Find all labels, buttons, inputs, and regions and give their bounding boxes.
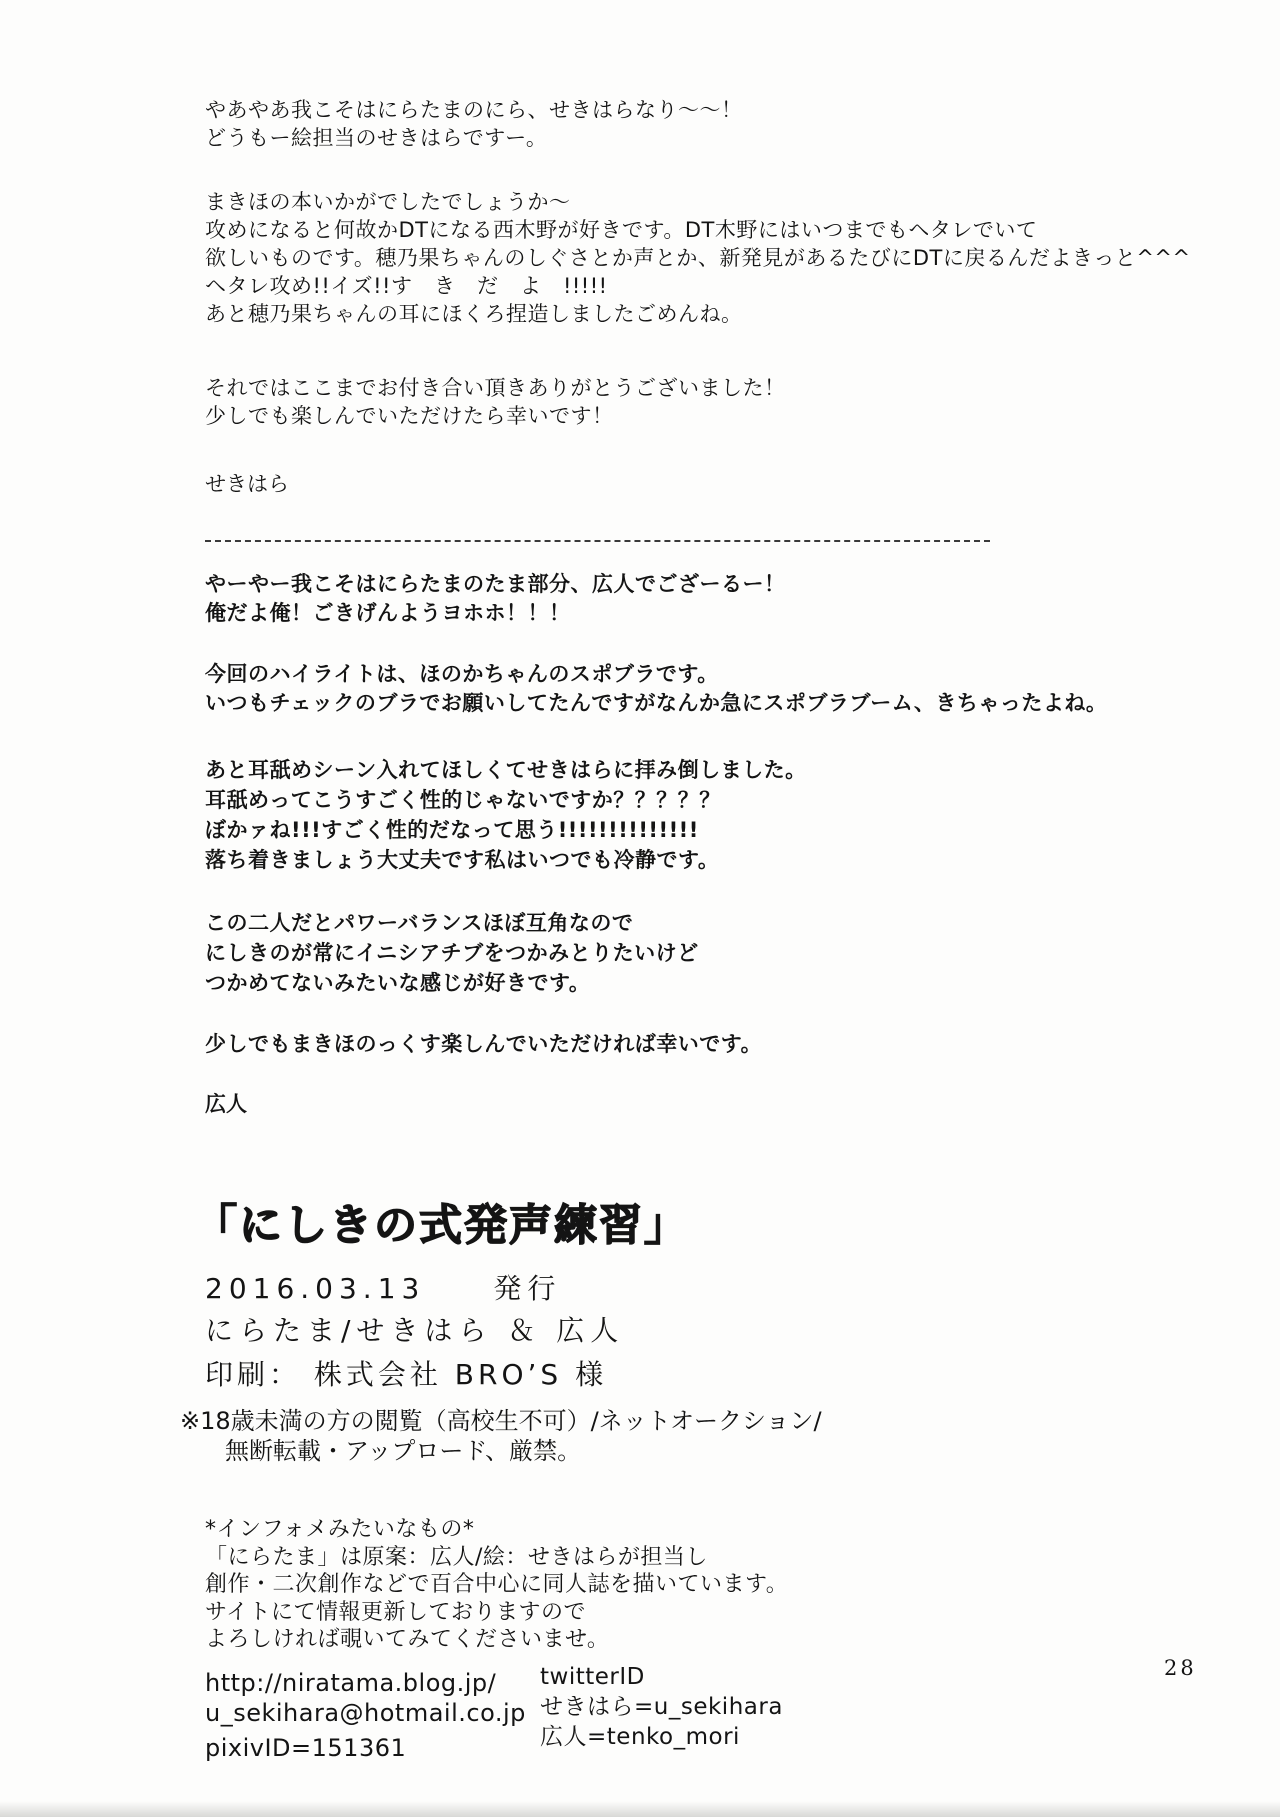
- email-address: u_sekihara@hotmail.co.jp: [205, 1698, 526, 1728]
- text-line: ヘタレ攻め!!イズ!!す き だ よ !!!!!: [205, 272, 1191, 300]
- sekihara-signature: せきはら: [205, 470, 289, 498]
- text-line: 印刷： 株式会社 BRO’S 様: [205, 1358, 607, 1392]
- text-line: まきほの本いかがでしたでしょうか～: [205, 188, 1191, 216]
- text-line: 「にらたま」は原案：広人/絵：せきはらが担当し: [205, 1544, 788, 1572]
- twitter-id-sekihara: せきはら=u_sekihara: [540, 1692, 783, 1722]
- hiroto-body-1: 今回のハイライトは、ほのかちゃんのスポブラです。 いつもチェックのブラでお願いし…: [205, 660, 1107, 718]
- twitter-id-hiroto: 広人=tenko_mori: [540, 1722, 783, 1752]
- contact-left-column: http://niratama.blog.jp/ u_sekihara@hotm…: [205, 1668, 526, 1763]
- text-line: あと穂乃果ちゃんの耳にほくろ捏造しましたごめんね。: [205, 300, 1191, 328]
- text-line: 耳舐めってこうすごく性的じゃないですか？？？？？: [205, 785, 807, 815]
- info-section: *インフォメみたいなもの* 「にらたま」は原案：広人/絵：せきはらが担当し 創作…: [205, 1516, 788, 1654]
- signature-text: せきはら: [205, 470, 289, 498]
- page-number: 28: [1164, 1656, 1197, 1680]
- sekihara-body: まきほの本いかがでしたでしょうか～ 攻めになると何故かDTになる西木野が好きです…: [205, 188, 1191, 328]
- text-line: 欲しいものです。穂乃果ちゃんのしぐさとか声とか、新発見があるたびにDTに戻るんだ…: [205, 244, 1191, 272]
- publish-date: 2016.03.13 発行: [205, 1272, 561, 1306]
- text-line: この二人だとパワーバランスほぼ互角なので: [205, 908, 699, 938]
- hiroto-greeting: やーやー我こそはにらたまのたま部分、広人でござーるー！ 俺だよ俺！ごきげんようヨ…: [205, 570, 786, 628]
- hiroto-body-2: あと耳舐めシーン入れてほしくてせきはらに拝み倒しました。 耳舐めってこうすごく性…: [205, 755, 807, 875]
- text-line: 無断転載・アップロード、厳禁。: [180, 1436, 822, 1466]
- signature-text: 広人: [205, 1090, 247, 1118]
- text-line: 攻めになると何故かDTになる西木野が好きです。DT木野にはいつまでもヘタレでいて: [205, 216, 1191, 244]
- text-line: サイトにて情報更新しておりますので: [205, 1599, 788, 1627]
- text-line: あと耳舐めシーン入れてほしくてせきはらに拝み倒しました。: [205, 755, 807, 785]
- sekihara-greeting: やあやあ我こそはにらたまのにら、せきはらなり～～！ どうもー絵担当のせきはらです…: [205, 96, 743, 152]
- text-line: 2016.03.13 発行: [205, 1272, 561, 1306]
- book-title: 「にしきの式発声練習」: [194, 1192, 689, 1253]
- text-line: それではここまでお付き合い頂きありがとうございました！: [205, 374, 786, 402]
- text-line: 落ち着きましょう大丈夫です私はいつでも冷静です。: [205, 845, 807, 875]
- pixiv-id: pixivID=151361: [205, 1733, 526, 1763]
- age-restriction-warning: ※18歳未満の方の閲覧（高校生不可）/ネットオークション/ 無断転載・アップロー…: [180, 1406, 822, 1466]
- text-line: 俺だよ俺！ごきげんようヨホホ！！！: [205, 599, 786, 628]
- circle-authors: にらたま/せきはら ＆ 広人: [205, 1314, 624, 1348]
- text-line: よろしければ覗いてみてくださいませ。: [205, 1626, 788, 1654]
- section-divider: [205, 540, 990, 542]
- text-line: 少しでも楽しんでいただけたら幸いです！: [205, 402, 786, 430]
- text-line: ぼかァね!!!すごく性的だなって思う!!!!!!!!!!!!!!: [205, 815, 807, 845]
- hiroto-closing: 少しでもまきほのっくす楽しんでいただければ幸いです。: [205, 1030, 762, 1059]
- text-line: 創作・二次創作などで百合中心に同人誌を描いています。: [205, 1571, 788, 1599]
- hiroto-signature: 広人: [205, 1090, 247, 1118]
- scan-edge-artifact: [0, 1801, 1280, 1817]
- sekihara-closing: それではここまでお付き合い頂きありがとうございました！ 少しでも楽しんでいただけ…: [205, 374, 786, 430]
- text-line: やーやー我こそはにらたまのたま部分、広人でござーるー！: [205, 570, 786, 599]
- text-line: 今回のハイライトは、ほのかちゃんのスポブラです。: [205, 660, 1107, 689]
- contact-right-column: twitterID せきはら=u_sekihara 広人=tenko_mori: [540, 1662, 783, 1752]
- scanned-afterword-page: やあやあ我こそはにらたまのにら、せきはらなり～～！ どうもー絵担当のせきはらです…: [0, 0, 1280, 1817]
- printer-credit: 印刷： 株式会社 BRO’S 様: [205, 1358, 607, 1392]
- text-line: いつもチェックのブラでお願いしてたんですがなんか急にスポブラブーム、きちゃったよ…: [205, 689, 1107, 718]
- info-header: *インフォメみたいなもの*: [205, 1516, 788, 1544]
- hiroto-body-3: この二人だとパワーバランスほぼ互角なので にしきのが常にイニシアチブをつかみとり…: [205, 908, 699, 998]
- text-line: にしきのが常にイニシアチブをつかみとりたいけど: [205, 938, 699, 968]
- text-line: 少しでもまきほのっくす楽しんでいただければ幸いです。: [205, 1030, 762, 1059]
- website-url: http://niratama.blog.jp/: [205, 1668, 526, 1698]
- twitter-header: twitterID: [540, 1662, 783, 1692]
- text-line: つかめてないみたいな感じが好きです。: [205, 968, 699, 998]
- text-line: どうもー絵担当のせきはらですー。: [205, 124, 743, 152]
- text-line: にらたま/せきはら ＆ 広人: [205, 1314, 624, 1348]
- text-line: ※18歳未満の方の閲覧（高校生不可）/ネットオークション/: [180, 1406, 822, 1436]
- text-line: やあやあ我こそはにらたまのにら、せきはらなり～～！: [205, 96, 743, 124]
